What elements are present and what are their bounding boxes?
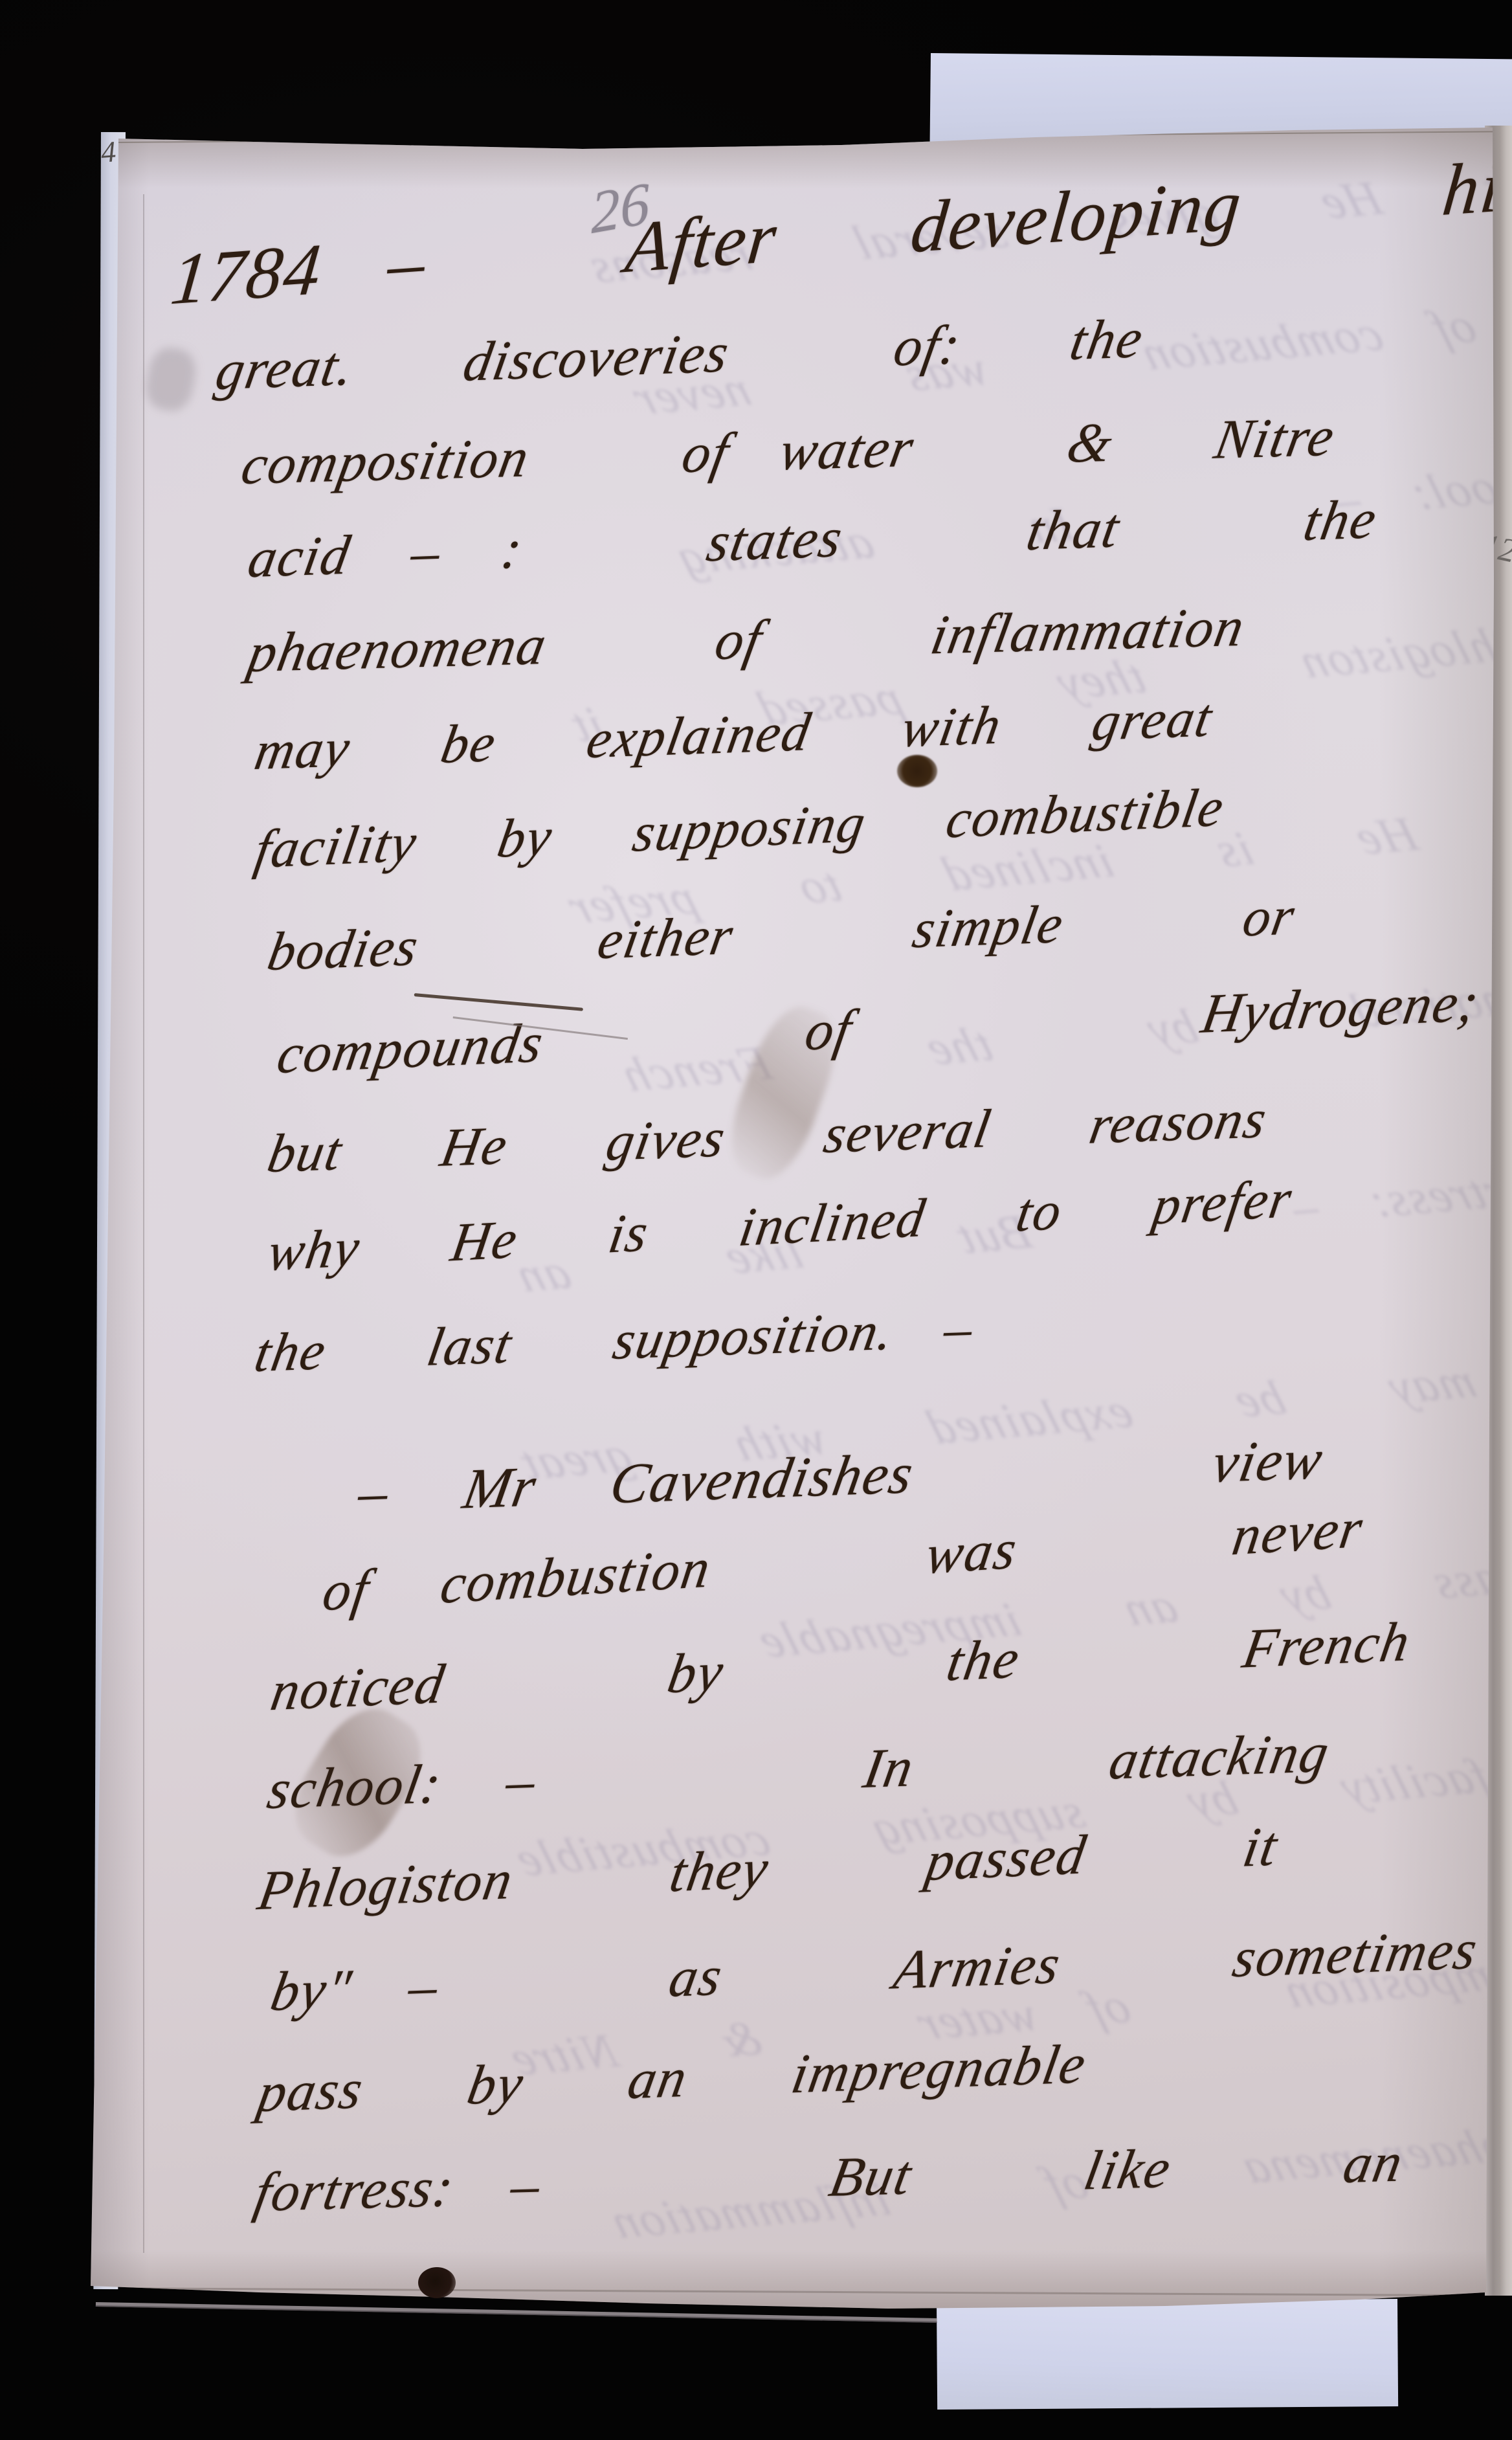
manuscript-word: bodies xyxy=(263,910,605,982)
manuscript-line: composition of water & Nitre xyxy=(237,404,1340,498)
ink-blot xyxy=(418,2267,456,2298)
manuscript-page: but He gives several reasons of combusti… xyxy=(0,0,1512,2440)
manuscript-word-underlined: either xyxy=(594,906,739,971)
manuscript-line: the last supposition. – xyxy=(250,1297,979,1385)
manuscript-line: phaenomena of inflammation xyxy=(243,594,1251,685)
manuscript-word: simple or xyxy=(728,886,1300,966)
page-bottom-shading xyxy=(91,2250,1495,2311)
manuscript-line: great. discoveries of: the xyxy=(211,306,1149,403)
page-left-crease xyxy=(143,194,144,2253)
manuscript-line: may be explained with great xyxy=(250,686,1217,783)
manuscript-line: 1784 – After developing his xyxy=(167,142,1512,322)
manuscript-line: school: – In attacking xyxy=(263,1719,1335,1822)
ink-smudge xyxy=(142,344,199,414)
backing-sheet-bottom-right xyxy=(937,2299,1398,2410)
manuscript-line: why He is inclined to prefer xyxy=(263,1167,1297,1284)
manuscript-line: facility by supposing combustible xyxy=(250,776,1229,881)
manuscript-line: by" – as Armies sometimes xyxy=(266,1917,1483,2024)
ink-underline-stroke xyxy=(414,993,583,1011)
manuscript-photo: 4 12 but He gives several reasons of com… xyxy=(0,0,1512,2440)
manuscript-line: acid – : states that the xyxy=(243,486,1383,591)
manuscript-line: noticed by the French xyxy=(267,1609,1416,1724)
manuscript-line: but He gives several reasons xyxy=(263,1088,1272,1185)
manuscript-line: compounds of Hydrogene; xyxy=(273,969,1485,1087)
manuscript-line: fortress: – But like an xyxy=(250,2129,1409,2224)
manuscript-line: pass by an impregnable xyxy=(253,2031,1092,2125)
manuscript-line: bodies either simple or xyxy=(263,884,1300,983)
page-top-edge-line xyxy=(118,131,1495,143)
page-bottom-edge-line xyxy=(92,2287,1487,2296)
manuscript-line: Phlogiston they passed it xyxy=(254,1813,1284,1923)
